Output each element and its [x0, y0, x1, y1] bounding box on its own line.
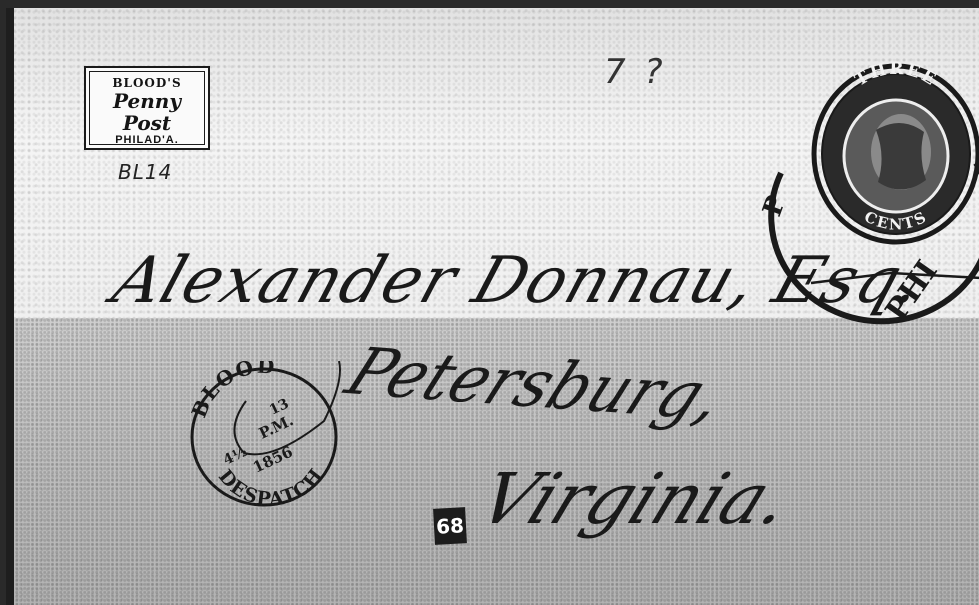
three-cent-indicia: THREE CENTS: [806, 60, 979, 248]
label-line-2: Penny Post: [86, 90, 208, 134]
pencil-marks: 7 ?: [604, 52, 667, 92]
svg-text:P: P: [757, 192, 792, 221]
svg-text:BLOOD: BLOOD: [187, 361, 277, 421]
bloods-despatch-postmark: BLOOD DESPATCH 13 P.M. 4½ 1856: [184, 361, 344, 509]
scan-edge: [6, 8, 14, 605]
address-state: Virginia.: [467, 458, 804, 540]
label-line-1: BLOOD'S: [86, 76, 208, 90]
svg-text:4½: 4½: [221, 444, 250, 469]
pencil-notation: BL14: [118, 160, 172, 184]
svg-text:1856: 1856: [250, 443, 295, 477]
svg-text:P.M.: P.M.: [256, 411, 296, 442]
bloods-penny-post-label: BLOOD'S Penny Post PHILAD'A.: [84, 66, 210, 150]
addressee-name: Alexander Donnau, Esq.: [104, 244, 933, 318]
catalog-number-badge: 68: [433, 507, 467, 545]
svg-text:DESPATCH: DESPATCH: [214, 464, 328, 509]
postal-cover: BLOOD'S Penny Post PHILAD'A. BL14 7 ? P …: [6, 8, 979, 605]
label-line-3: PHILAD'A.: [86, 134, 208, 146]
